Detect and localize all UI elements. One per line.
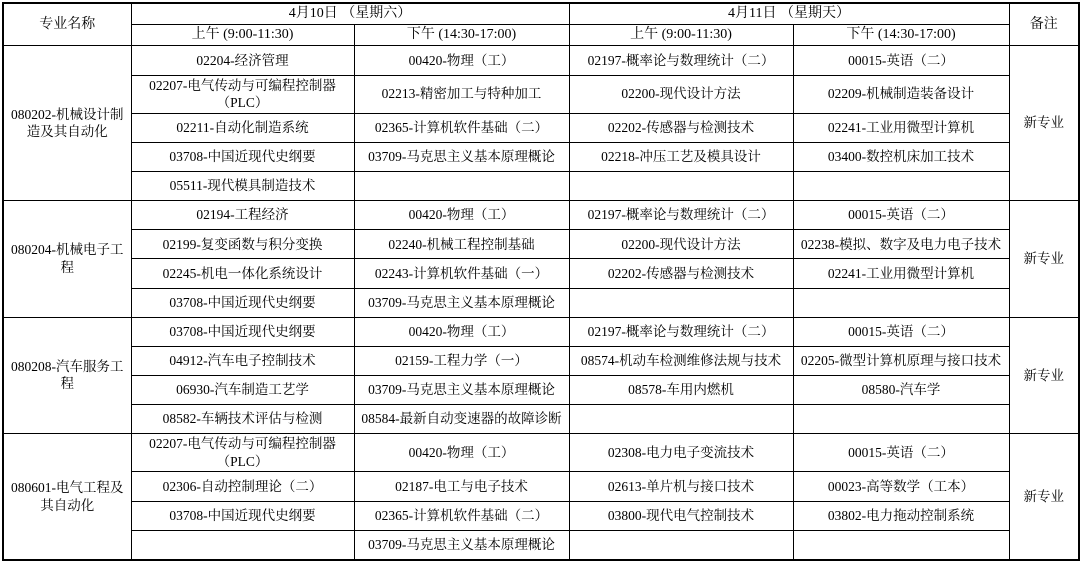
course-cell: 03802-电力拖动控制系统 [793, 501, 1009, 530]
table-row: 05511-现代模具制造技术 [3, 172, 1079, 201]
course-cell: 02365-计算机软件基础（二） [354, 501, 569, 530]
course-cell [793, 530, 1009, 560]
table-row: 02207-电气传动与可编程控制器（PLC）02213-精密加工与特种加工022… [3, 75, 1079, 113]
course-cell: 02204-经济管理 [131, 46, 354, 75]
table-row: 02306-自动控制理论（二）02187-电工与电子技术02613-单片机与接口… [3, 472, 1079, 501]
course-cell: 02306-自动控制理论（二） [131, 472, 354, 501]
course-cell: 02200-现代设计方法 [569, 230, 793, 259]
exam-schedule-table: 专业名称 4月10日 （星期六） 4月11日 （星期天） 备注 上午 (9:00… [2, 2, 1080, 561]
course-cell: 08578-车用内燃机 [569, 375, 793, 404]
course-cell: 03800-现代电气控制技术 [569, 501, 793, 530]
header-day1-pm: 下午 (14:30-17:00) [354, 25, 569, 46]
course-cell: 03400-数控机床加工技术 [793, 142, 1009, 171]
course-cell: 02207-电气传动与可编程控制器（PLC） [131, 434, 354, 472]
course-cell [569, 172, 793, 201]
course-cell: 02197-概率论与数理统计（二） [569, 46, 793, 75]
header-day2: 4月11日 （星期天） [569, 3, 1009, 25]
table-row: 03708-中国近现代史纲要03709-马克思主义基本原理概论02218-冲压工… [3, 142, 1079, 171]
header-row-days: 专业名称 4月10日 （星期六） 4月11日 （星期天） 备注 [3, 3, 1079, 25]
header-day2-am: 上午 (9:00-11:30) [569, 25, 793, 46]
course-cell: 02365-计算机软件基础（二） [354, 113, 569, 142]
course-cell: 02240-机械工程控制基础 [354, 230, 569, 259]
course-cell: 08584-最新自动变速器的故障诊断 [354, 405, 569, 434]
table-row: 08582-车辆技术评估与检测08584-最新自动变速器的故障诊断 [3, 405, 1079, 434]
course-cell: 02238-模拟、数字及电力电子技术 [793, 230, 1009, 259]
course-cell: 08580-汽车学 [793, 375, 1009, 404]
course-cell: 02197-概率论与数理统计（二） [569, 317, 793, 346]
course-cell: 02205-微型计算机原理与接口技术 [793, 346, 1009, 375]
course-cell: 02159-工程力学（一） [354, 346, 569, 375]
table-row: 03709-马克思主义基本原理概论 [3, 530, 1079, 560]
course-cell: 02243-计算机软件基础（一） [354, 259, 569, 288]
course-cell: 03708-中国近现代史纲要 [131, 288, 354, 317]
remark-cell: 新专业 [1009, 201, 1079, 318]
table-body: 080202-机械设计制造及其自动化02204-经济管理00420-物理（工）0… [3, 46, 1079, 560]
major-name-cell: 080601-电气工程及其自动化 [3, 434, 131, 560]
course-cell: 02197-概率论与数理统计（二） [569, 201, 793, 230]
course-cell: 03709-马克思主义基本原理概论 [354, 530, 569, 560]
course-cell: 03709-马克思主义基本原理概论 [354, 375, 569, 404]
course-cell [131, 530, 354, 560]
table-row: 04912-汽车电子控制技术02159-工程力学（一）08574-机动车检测维修… [3, 346, 1079, 375]
table-row: 02245-机电一体化系统设计02243-计算机软件基础（一）02202-传感器… [3, 259, 1079, 288]
course-cell: 02194-工程经济 [131, 201, 354, 230]
course-cell: 02613-单片机与接口技术 [569, 472, 793, 501]
course-cell: 00023-高等数学（工本） [793, 472, 1009, 501]
table-row: 080202-机械设计制造及其自动化02204-经济管理00420-物理（工）0… [3, 46, 1079, 75]
table-row: 06930-汽车制造工艺学03709-马克思主义基本原理概论08578-车用内燃… [3, 375, 1079, 404]
course-cell: 02207-电气传动与可编程控制器（PLC） [131, 75, 354, 113]
table-row: 03708-中国近现代史纲要03709-马克思主义基本原理概论 [3, 288, 1079, 317]
exam-schedule-page: 专业名称 4月10日 （星期六） 4月11日 （星期天） 备注 上午 (9:00… [0, 0, 1080, 563]
header-day1: 4月10日 （星期六） [131, 3, 569, 25]
course-cell: 02308-电力电子变流技术 [569, 434, 793, 472]
course-cell [793, 172, 1009, 201]
course-cell: 03709-马克思主义基本原理概论 [354, 288, 569, 317]
course-cell: 03708-中国近现代史纲要 [131, 317, 354, 346]
course-cell: 05511-现代模具制造技术 [131, 172, 354, 201]
course-cell: 00015-英语（二） [793, 46, 1009, 75]
course-cell: 04912-汽车电子控制技术 [131, 346, 354, 375]
table-row: 080204-机械电子工程02194-工程经济00420-物理（工）02197-… [3, 201, 1079, 230]
course-cell: 00015-英语（二） [793, 317, 1009, 346]
major-name-cell: 080204-机械电子工程 [3, 201, 131, 318]
course-cell: 02187-电工与电子技术 [354, 472, 569, 501]
header-major: 专业名称 [3, 3, 131, 46]
course-cell: 00420-物理（工） [354, 434, 569, 472]
course-cell: 02241-工业用微型计算机 [793, 259, 1009, 288]
course-cell: 02200-现代设计方法 [569, 75, 793, 113]
header-remark: 备注 [1009, 3, 1079, 46]
remark-cell: 新专业 [1009, 46, 1079, 201]
table-header: 专业名称 4月10日 （星期六） 4月11日 （星期天） 备注 上午 (9:00… [3, 3, 1079, 46]
course-cell: 02209-机械制造装备设计 [793, 75, 1009, 113]
course-cell: 00015-英语（二） [793, 201, 1009, 230]
course-cell: 02213-精密加工与特种加工 [354, 75, 569, 113]
header-row-sessions: 上午 (9:00-11:30) 下午 (14:30-17:00) 上午 (9:0… [3, 25, 1079, 46]
table-row: 03708-中国近现代史纲要02365-计算机软件基础（二）03800-现代电气… [3, 501, 1079, 530]
table-row: 02211-自动化制造系统02365-计算机软件基础（二）02202-传感器与检… [3, 113, 1079, 142]
course-cell: 02241-工业用微型计算机 [793, 113, 1009, 142]
course-cell [793, 405, 1009, 434]
course-cell [793, 288, 1009, 317]
course-cell: 03709-马克思主义基本原理概论 [354, 142, 569, 171]
course-cell [569, 288, 793, 317]
course-cell: 02202-传感器与检测技术 [569, 113, 793, 142]
major-name-cell: 080208-汽车服务工程 [3, 317, 131, 434]
course-cell: 08574-机动车检测维修法规与技术 [569, 346, 793, 375]
major-name-cell: 080202-机械设计制造及其自动化 [3, 46, 131, 201]
course-cell [354, 172, 569, 201]
course-cell: 00015-英语（二） [793, 434, 1009, 472]
header-day2-pm: 下午 (14:30-17:00) [793, 25, 1009, 46]
course-cell [569, 405, 793, 434]
remark-cell: 新专业 [1009, 434, 1079, 560]
course-cell: 02218-冲压工艺及模具设计 [569, 142, 793, 171]
course-cell: 00420-物理（工） [354, 317, 569, 346]
course-cell: 00420-物理（工） [354, 46, 569, 75]
course-cell: 02245-机电一体化系统设计 [131, 259, 354, 288]
table-row: 080208-汽车服务工程03708-中国近现代史纲要00420-物理（工）02… [3, 317, 1079, 346]
header-day1-am: 上午 (9:00-11:30) [131, 25, 354, 46]
course-cell [569, 530, 793, 560]
course-cell: 06930-汽车制造工艺学 [131, 375, 354, 404]
course-cell: 03708-中国近现代史纲要 [131, 501, 354, 530]
course-cell: 02211-自动化制造系统 [131, 113, 354, 142]
course-cell: 00420-物理（工） [354, 201, 569, 230]
table-row: 02199-复变函数与积分变换02240-机械工程控制基础02200-现代设计方… [3, 230, 1079, 259]
course-cell: 02202-传感器与检测技术 [569, 259, 793, 288]
remark-cell: 新专业 [1009, 317, 1079, 434]
course-cell: 02199-复变函数与积分变换 [131, 230, 354, 259]
course-cell: 03708-中国近现代史纲要 [131, 142, 354, 171]
table-row: 080601-电气工程及其自动化02207-电气传动与可编程控制器（PLC）00… [3, 434, 1079, 472]
course-cell: 08582-车辆技术评估与检测 [131, 405, 354, 434]
